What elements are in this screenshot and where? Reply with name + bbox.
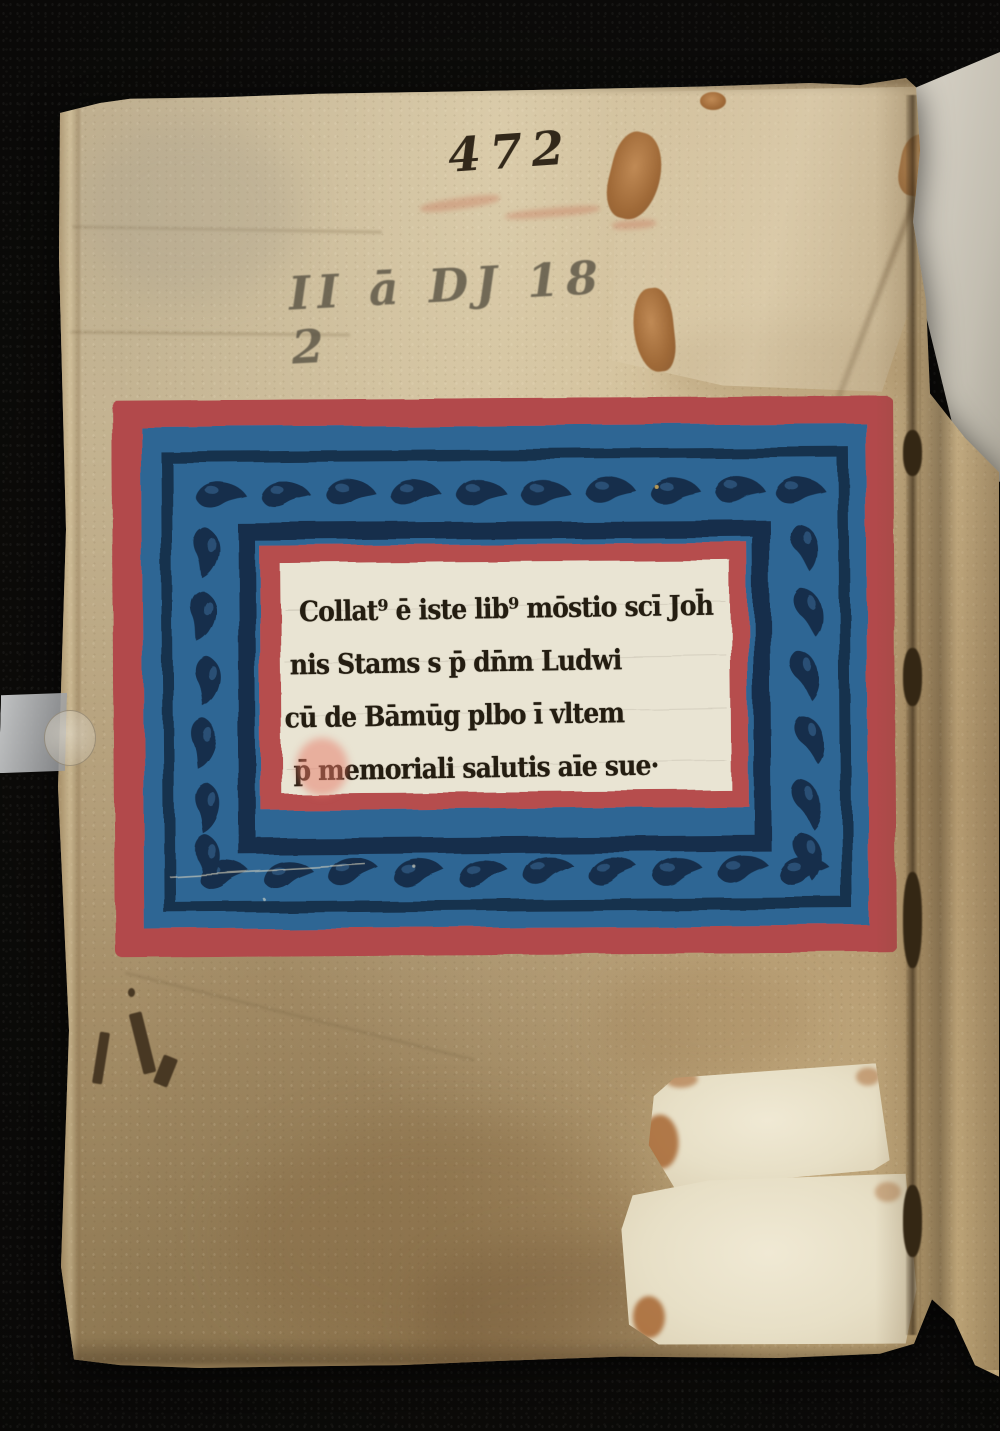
crease-line xyxy=(125,971,475,1061)
spine-stitch xyxy=(903,430,922,476)
cover-shadow-wrap: 472 II ā DJ 18 2 xyxy=(0,0,1000,1431)
top-edge-dark-notch xyxy=(138,82,190,97)
faded-red-inscription xyxy=(420,192,501,214)
ink-marks-bottom-left xyxy=(92,1032,110,1085)
faded-red-inscription xyxy=(505,204,600,221)
label-line: Collat⁹ ē iste lib⁹ mōstio scī Joh̄ xyxy=(299,579,689,638)
photo-stage: 472 II ā DJ 18 2 xyxy=(0,0,1000,1431)
spine-groove xyxy=(906,95,921,1335)
spine-stitch xyxy=(903,648,922,706)
label-line: p̄ memoriali salutis aīe sue· xyxy=(293,738,690,797)
spine-stitch xyxy=(903,1185,922,1257)
spine-shading xyxy=(875,70,1000,1370)
pink-pigment-smear xyxy=(296,738,348,796)
parchment-cover: 472 II ā DJ 18 2 xyxy=(0,0,1000,1431)
stain xyxy=(600,960,810,1080)
ownership-label-text: Collat⁹ ē iste lib⁹ mōstio scī Joh̄ nis … xyxy=(280,558,734,796)
spine-stitch xyxy=(903,872,922,968)
pencil-shelfmark: II ā DJ 18 2 xyxy=(287,249,622,374)
parchment-patch-upper xyxy=(646,1063,891,1189)
catalog-number-inscription: 472 xyxy=(446,119,589,184)
label-line: cū de Bāmūg plbo ī vltem xyxy=(284,685,688,744)
ink-marks-bottom-left xyxy=(128,988,135,997)
ink-marks-bottom-left xyxy=(129,1011,157,1074)
rust-stain xyxy=(641,1114,679,1170)
label-line: nis Stams s p̄ dn̄m Ludwi xyxy=(289,632,688,691)
stain xyxy=(80,120,300,300)
parchment-patch-lower xyxy=(621,1173,918,1348)
ink-marks-bottom-left xyxy=(153,1054,178,1087)
peeled-spot xyxy=(700,92,726,110)
book-strap-disc xyxy=(44,710,96,766)
